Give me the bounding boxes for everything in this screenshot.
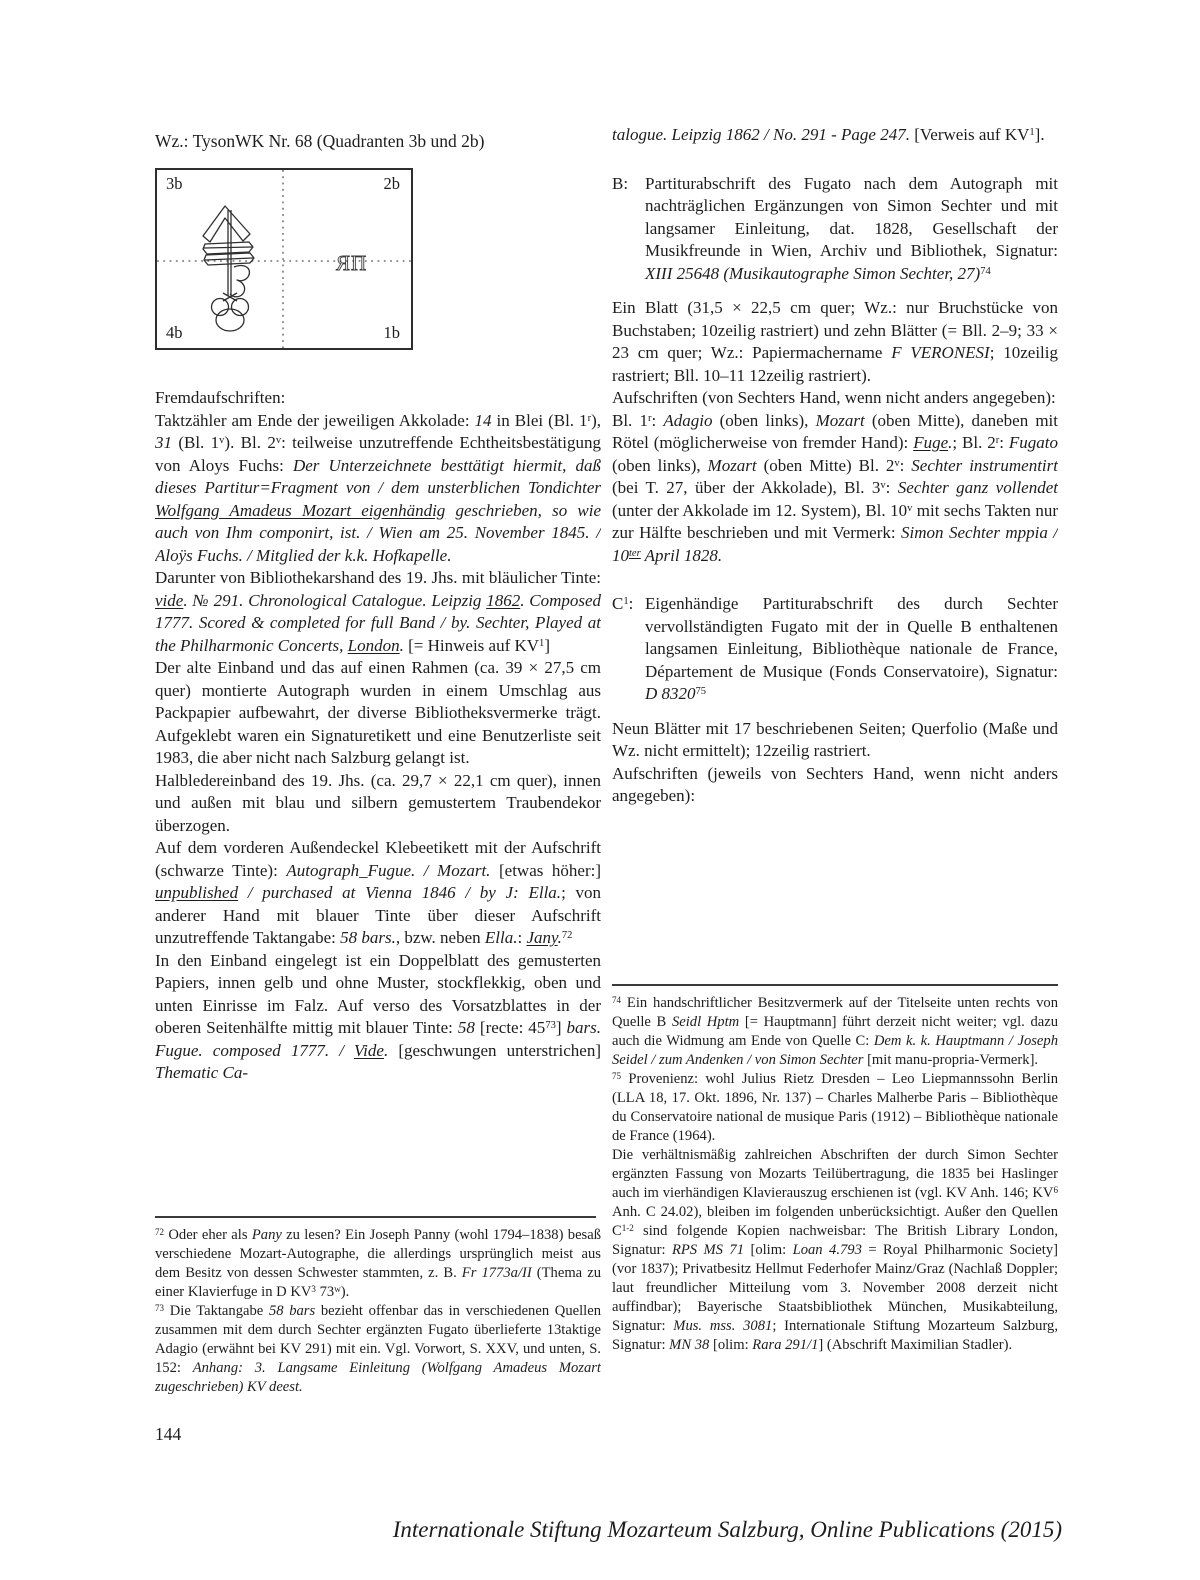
text-run: [geschwungen unterstrichen] — [398, 1041, 601, 1060]
text-run: C — [612, 594, 623, 613]
text-run: ] (Abschrift Maximilian Stadler). — [818, 1337, 1012, 1353]
text-run: Der alte Einband und das auf einen Rahme… — [155, 658, 601, 767]
text-run: : — [900, 456, 912, 475]
text-run: v — [880, 480, 885, 491]
watermark-arrow-drawing — [203, 206, 254, 331]
text-run: 72 — [562, 930, 573, 941]
text-run: Sechter instrumentirt — [911, 456, 1058, 475]
text-run: Fugato — [1009, 433, 1058, 452]
quadrant-label-2b: 2b — [384, 176, 401, 193]
paragraph: Auf dem vorderen Außendeckel Klebeetiket… — [155, 837, 601, 950]
text-run: : — [999, 433, 1009, 452]
text-run: Partiturabschrift des Fugato nach dem Au… — [645, 174, 1058, 261]
text-run: Ella. — [485, 928, 518, 947]
text-run: Thematic Ca- — [155, 1063, 248, 1082]
text-run: (oben links), — [612, 456, 708, 475]
text-run: [= Hinweis auf KV — [408, 636, 539, 655]
text-run: RPS MS 71 — [672, 1242, 744, 1258]
text-run: . — [400, 636, 409, 655]
text-run: Die verhältnismäßig zahlreichen Abschrif… — [612, 1147, 1058, 1201]
footnote: 72 Oder eher als Pany zu lesen? Ein Jose… — [155, 1226, 601, 1302]
scanned-page: { "page": { "number": "144", "footer": "… — [0, 0, 1200, 1580]
footnote: 74 Ein handschriftlicher Besitzvermerk a… — [612, 994, 1058, 1070]
text-run: : — [629, 594, 634, 613]
text-run: 1 — [539, 638, 544, 649]
text-run: Wolfgang Amadeus Mozart eigenhändig — [155, 501, 445, 520]
text-run: Autograph_Fugue. / Mozart. — [286, 861, 490, 880]
text-run: Taktzähler am Ende der jeweiligen Akkola… — [155, 411, 475, 430]
footnote: 73 Die Taktangabe 58 bars bezieht offenb… — [155, 1302, 601, 1397]
text-run: Eigenhändige Partiturabschrift des durch… — [645, 594, 1058, 681]
text-run: v — [907, 503, 912, 514]
right-column-text: talogue. Leipzig 1862 / No. 291 - Page 2… — [612, 124, 1058, 980]
text-run: 58 bars — [269, 1303, 315, 1319]
text-run: ), — [591, 411, 601, 430]
text-run: , bzw. neben — [396, 928, 485, 947]
left-column-footnotes: 72 Oder eher als Pany zu lesen? Ein Jose… — [155, 1226, 601, 1404]
text-run: talogue. Leipzig 1862 / No. 291 - Page 2… — [612, 125, 910, 144]
paragraph: B:Partiturabschrift des Fugato nach dem … — [612, 173, 1058, 286]
text-run: Seidl Hptm — [672, 1014, 739, 1030]
watermark-figure: ЯП 3b 2b 4b 1b — [155, 168, 413, 350]
quadrant-label-1b: 1b — [384, 325, 401, 342]
text-run: (oben links), — [712, 411, 815, 430]
text-run: 58 — [458, 1018, 475, 1037]
text-run: (unter der Akkolade im 12. System), Bl. … — [612, 501, 907, 520]
text-run: 14 — [475, 411, 492, 430]
text-run: 3 — [311, 1284, 316, 1294]
paragraph: Ein Blatt (31,5 × 22,5 cm quer; Wz.: nur… — [612, 297, 1058, 387]
text-run: ] — [544, 636, 550, 655]
source-label: C1: — [612, 593, 633, 616]
text-run: Fr 1773a/II — [462, 1265, 532, 1281]
text-run: XIII 25648 (Musikautographe Simon Sechte… — [645, 264, 980, 283]
text-run: Halbledereinband des 19. Jhs. (ca. 29,7 … — [155, 771, 601, 835]
text-run: [etwas höher:] — [490, 861, 601, 880]
footnote-rule-right — [612, 984, 1058, 986]
text-run: Bl. 1 — [612, 411, 648, 430]
text-run: . — [384, 1041, 398, 1060]
text-run: . — [183, 591, 192, 610]
text-run: B: — [612, 174, 628, 193]
text-run: Darunter von Bibliothekarshand des 19. J… — [155, 568, 601, 587]
text-run: 1 — [1029, 127, 1034, 138]
paragraph: Taktzähler am Ende der jeweiligen Akkola… — [155, 410, 601, 568]
text-run: 1862 — [486, 591, 520, 610]
text-run: v — [219, 435, 224, 446]
text-run: Die Taktangabe — [164, 1303, 269, 1319]
text-run: Mus. mss. 3081 — [673, 1318, 772, 1334]
text-run: r — [648, 413, 652, 424]
paragraph: talogue. Leipzig 1862 / No. 291 - Page 2… — [612, 124, 1058, 147]
text-run: Anhang: 3. Langsame Einleitung (Wolfgang… — [155, 1360, 601, 1395]
paragraph: Darunter von Bibliothekarshand des 19. J… — [155, 567, 601, 657]
text-run: Aufschriften (jeweils von Sechters Hand,… — [612, 764, 1058, 806]
text-run: r — [588, 413, 592, 424]
quadrant-label-4b: 4b — [166, 325, 183, 342]
text-run: London — [348, 636, 400, 655]
text-run: Vide — [354, 1041, 384, 1060]
text-run: № 291. Chronological Catalogue. Leipzig — [192, 591, 486, 610]
text-run: ter — [629, 548, 641, 559]
text-run: ). — [341, 1284, 350, 1300]
right-column-footnotes: 74 Ein handschriftlicher Besitzvermerk a… — [612, 994, 1058, 1404]
text-run: Loan 4.793 — [793, 1242, 862, 1258]
text-run: / purchased at Vienna 1846 / by J: Ella. — [238, 883, 561, 902]
text-run: [olim: — [744, 1242, 793, 1258]
text-run: : — [651, 411, 663, 430]
text-run: 75 — [696, 686, 707, 697]
text-run: [olim: — [709, 1337, 752, 1353]
text-run: 74 — [980, 266, 991, 277]
text-run: v — [894, 458, 899, 469]
footnote: 75 Provenienz: wohl Julius Rietz Dresden… — [612, 1070, 1058, 1146]
paragraph: In den Einband eingelegt ist ein Doppelb… — [155, 950, 601, 1085]
text-run: 6 — [1053, 1185, 1058, 1195]
text-run: ). Bl. 2 — [224, 433, 275, 452]
text-run: [mit manu-propria-Vermerk]. — [863, 1052, 1038, 1068]
text-run: Rara 291/1 — [752, 1337, 818, 1353]
text-run: Fremdaufschriften: — [155, 388, 285, 407]
text-run: 74 — [612, 995, 621, 1005]
text-run: r — [996, 435, 1000, 446]
text-run: 73 — [155, 1303, 164, 1313]
watermark-diagram: ЯП — [157, 170, 411, 348]
text-run: 31 — [155, 433, 172, 452]
text-run: v — [276, 435, 281, 446]
text-run: 1 — [623, 596, 628, 607]
paragraph: Neun Blätter mit 17 beschriebenen Seiten… — [612, 718, 1058, 763]
text-run: MN 38 — [669, 1337, 709, 1353]
text-run: Neun Blätter mit 17 beschriebenen Seiten… — [612, 719, 1058, 761]
page-number: 144 — [155, 1424, 181, 1445]
text-run: Oder eher als — [164, 1227, 252, 1243]
text-run: Mozart — [816, 411, 865, 430]
text-run: April 1828. — [641, 546, 722, 565]
text-run: F VERONESI — [891, 343, 990, 362]
paragraph: C1:Eigenhändige Partiturabschrift des du… — [612, 593, 1058, 706]
text-run: (oben Mitte) Bl. 2 — [757, 456, 895, 475]
paragraph: Halbledereinband des 19. Jhs. (ca. 29,7 … — [155, 770, 601, 838]
source-label: B: — [612, 173, 628, 196]
text-run: 73 — [545, 1020, 556, 1031]
text-run: 58 bars. — [340, 928, 396, 947]
text-run: Provenienz: wohl Julius Rietz Dresden – … — [612, 1071, 1058, 1144]
footer-credit: Internationale Stiftung Mozarteum Salzbu… — [0, 1517, 1062, 1543]
footnote: Die verhältnismäßig zahlreichen Abschrif… — [612, 1146, 1058, 1355]
paragraph: Fremdaufschriften: — [155, 387, 601, 410]
text-run: Sechter ganz vollendet — [898, 478, 1058, 497]
footnote-rule-left — [155, 1216, 596, 1218]
text-run: ; Bl. 2 — [952, 433, 995, 452]
text-run: ] — [556, 1018, 567, 1037]
text-run: Mozart — [708, 456, 757, 475]
text-run: ]. — [1035, 125, 1045, 144]
countermark-letters: ЯП — [336, 251, 367, 275]
text-run: Fuge — [913, 433, 948, 452]
text-run: Adagio — [663, 411, 712, 430]
text-run: 73 — [316, 1284, 334, 1300]
text-run: [Verweis auf KV — [910, 125, 1029, 144]
paragraph: Aufschriften (von Sechters Hand, wenn ni… — [612, 387, 1058, 410]
text-run: unpublished — [155, 883, 238, 902]
watermark-heading: Wz.: TysonWK Nr. 68 (Quadranten 3b und 2… — [155, 130, 625, 152]
text-run: in Blei (Bl. 1 — [492, 411, 588, 430]
text-run: Aufschriften (von Sechters Hand, wenn ni… — [612, 388, 1056, 407]
text-run: 72 — [155, 1227, 164, 1237]
text-run: D 8320 — [645, 684, 696, 703]
text-run: (Bl. 1 — [172, 433, 219, 452]
text-run: : — [886, 478, 898, 497]
paragraph: Bl. 1r: Adagio (oben links), Mozart (obe… — [612, 410, 1058, 568]
paragraph: Aufschriften (jeweils von Sechters Hand,… — [612, 763, 1058, 808]
quadrant-label-3b: 3b — [166, 176, 183, 193]
text-run: (bei T. 27, über der Akkolade), Bl. 3 — [612, 478, 880, 497]
text-run: vide — [155, 591, 183, 610]
text-run: [recte: 45 — [475, 1018, 545, 1037]
text-run: Pany — [252, 1227, 282, 1243]
left-column-text: Fremdaufschriften:Taktzähler am Ende der… — [155, 387, 601, 1213]
text-run: 75 — [612, 1071, 621, 1081]
text-run: 1-2 — [622, 1223, 634, 1233]
text-run: Wz.: TysonWK Nr. 68 (Quadranten 3b und 2… — [155, 131, 484, 151]
text-run: w — [334, 1284, 341, 1294]
paragraph: Der alte Einband und das auf einen Rahme… — [155, 657, 601, 770]
text-run: Jany — [526, 928, 557, 947]
